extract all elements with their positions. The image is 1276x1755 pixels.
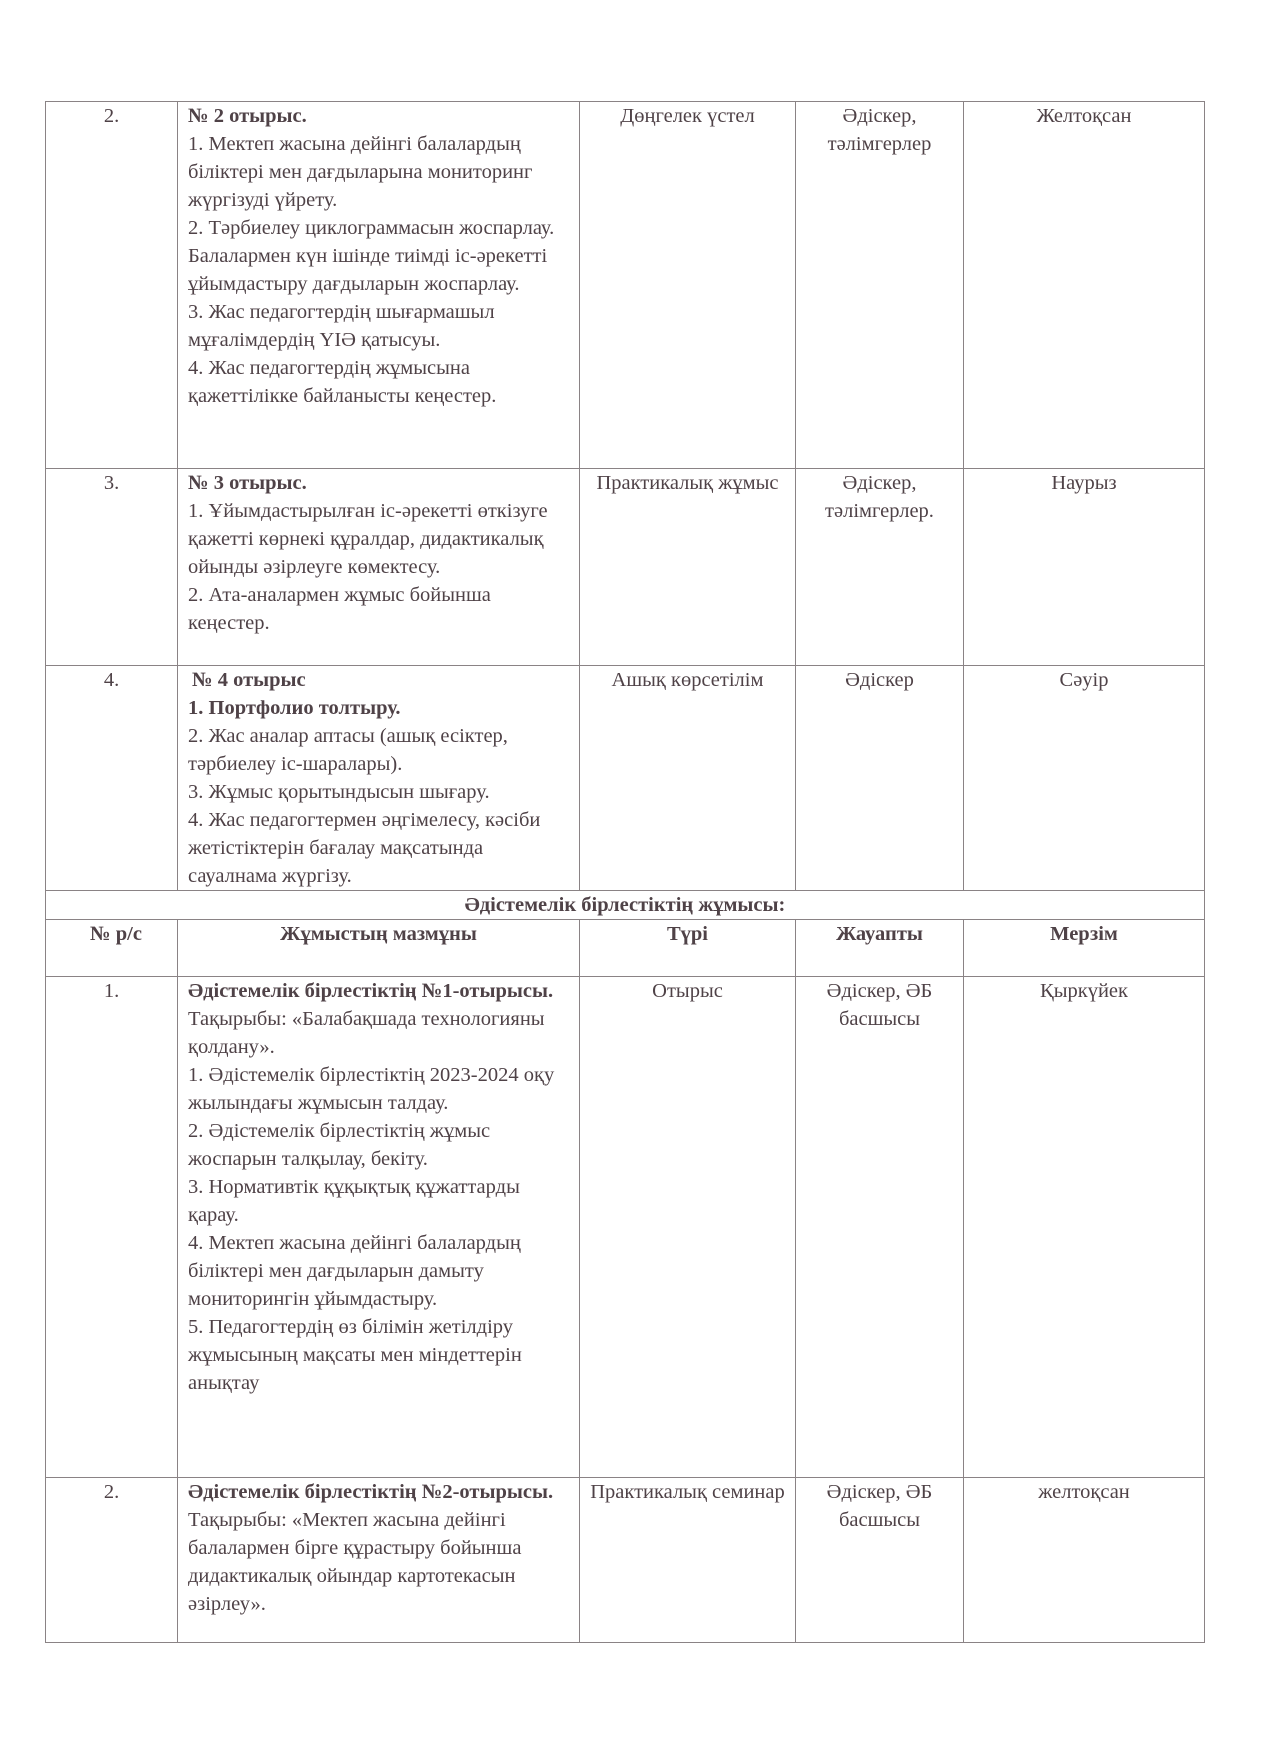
row-type: Дөңгелек үстел bbox=[580, 102, 796, 469]
row-content: Әдістемелік бірлестіктің №1-отырысы. Тақ… bbox=[178, 977, 580, 1478]
row-responsible: Әдіскер, тәлімгерлер bbox=[796, 102, 964, 469]
row-number: 3. bbox=[46, 469, 178, 666]
row-number: 2. bbox=[46, 102, 178, 469]
row-deadline: Наурыз bbox=[964, 469, 1205, 666]
table-row: 2. № 2 отырыс. 1. Мектеп жасына дейінгі … bbox=[46, 102, 1205, 469]
row-deadline: желтоқсан bbox=[964, 1478, 1205, 1643]
row-responsible: Әдіскер, тәлімгерлер. bbox=[796, 469, 964, 666]
row-number: 4. bbox=[46, 666, 178, 891]
content-item: 2. Жас аналар аптасы (ашық есіктер, тәрб… bbox=[188, 722, 573, 778]
content-item: 3. Нормативтік құқықтық құжаттарды қарау… bbox=[188, 1173, 573, 1229]
row-deadline: Желтоқсан bbox=[964, 102, 1205, 469]
meeting-topic: Тақырыбы: «Балабақшада технологияны қолд… bbox=[188, 1005, 573, 1061]
row-responsible: Әдіскер bbox=[796, 666, 964, 891]
table-row: 1. Әдістемелік бірлестіктің №1-отырысы. … bbox=[46, 977, 1205, 1478]
row-type: Ашық көрсетілім bbox=[580, 666, 796, 891]
row-responsible: Әдіскер, ӘБ басшысы bbox=[796, 977, 964, 1478]
meeting-title: Әдістемелік бірлестіктің №1-отырысы. bbox=[188, 977, 573, 1005]
row-deadline: Сәуір bbox=[964, 666, 1205, 891]
section-header-row: Әдістемелік бірлестіктің жұмысы: bbox=[46, 891, 1205, 920]
meeting-topic: Тақырыбы: «Мектеп жасына дейінгі балалар… bbox=[188, 1506, 573, 1618]
meeting-title: № 3 отырыс. bbox=[188, 469, 573, 497]
meeting-title: № 2 отырыс. bbox=[188, 102, 573, 130]
header-responsible: Жауапты bbox=[796, 920, 964, 977]
section-title: Әдістемелік бірлестіктің жұмысы: bbox=[46, 891, 1205, 920]
header-number: № р/с bbox=[46, 920, 178, 977]
work-plan-table: 2. № 2 отырыс. 1. Мектеп жасына дейінгі … bbox=[45, 101, 1205, 1643]
content-item: 3. Жас педагогтердің шығармашыл мұғалімд… bbox=[188, 298, 573, 354]
content-item: 3. Жұмыс қорытындысын шығару. bbox=[188, 778, 573, 806]
content-item: 4. Жас педагогтермен әңгімелесу, кәсіби … bbox=[188, 806, 573, 890]
content-item-bold: 1. Портфолио толтыру. bbox=[188, 694, 573, 722]
row-content: № 3 отырыс. 1. Ұйымдастырылған іс-әрекет… bbox=[178, 469, 580, 666]
row-type: Практикалық жұмыс bbox=[580, 469, 796, 666]
row-number: 1. bbox=[46, 977, 178, 1478]
row-content: Әдістемелік бірлестіктің №2-отырысы. Тақ… bbox=[178, 1478, 580, 1643]
content-item: 1. Ұйымдастырылған іс-әрекетті өткізуге … bbox=[188, 497, 573, 581]
row-number: 2. bbox=[46, 1478, 178, 1643]
content-item: 4. Мектеп жасына дейінгі балалардың білі… bbox=[188, 1229, 573, 1313]
content-item: 2. Тәрбиелеу циклограммасын жоспарлау. Б… bbox=[188, 214, 573, 298]
header-content: Жұмыстың мазмұны bbox=[178, 920, 580, 977]
content-item: 2. Әдістемелік бірлестіктің жұмыс жоспар… bbox=[188, 1117, 573, 1173]
row-responsible: Әдіскер, ӘБ басшысы bbox=[796, 1478, 964, 1643]
header-deadline: Мерзім bbox=[964, 920, 1205, 977]
header-type: Түрі bbox=[580, 920, 796, 977]
table-row: 4. № 4 отырыс 1. Портфолио толтыру. 2. Ж… bbox=[46, 666, 1205, 891]
content-item: 1. Мектеп жасына дейінгі балалардың білі… bbox=[188, 130, 573, 214]
table-row: 2. Әдістемелік бірлестіктің №2-отырысы. … bbox=[46, 1478, 1205, 1643]
row-content: № 4 отырыс 1. Портфолио толтыру. 2. Жас … bbox=[178, 666, 580, 891]
row-deadline: Қыркүйек bbox=[964, 977, 1205, 1478]
meeting-title: № 4 отырыс bbox=[188, 666, 573, 694]
meeting-title: Әдістемелік бірлестіктің №2-отырысы. bbox=[188, 1478, 573, 1506]
table-row: 3. № 3 отырыс. 1. Ұйымдастырылған іс-әре… bbox=[46, 469, 1205, 666]
content-item: 2. Ата-аналармен жұмыс бойынша кеңестер. bbox=[188, 581, 573, 637]
document-page: 2. № 2 отырыс. 1. Мектеп жасына дейінгі … bbox=[45, 101, 1204, 1643]
content-item: 1. Әдістемелік бірлестіктің 2023-2024 оқ… bbox=[188, 1061, 573, 1117]
row-content: № 2 отырыс. 1. Мектеп жасына дейінгі бал… bbox=[178, 102, 580, 469]
row-type: Практикалық семинар bbox=[580, 1478, 796, 1643]
row-type: Отырыс bbox=[580, 977, 796, 1478]
content-item: 5. Педагогтердің өз білімін жетілдіру жұ… bbox=[188, 1313, 573, 1397]
content-item: 4. Жас педагогтердің жұмысына қажеттілік… bbox=[188, 354, 573, 410]
column-header-row: № р/с Жұмыстың мазмұны Түрі Жауапты Мерз… bbox=[46, 920, 1205, 977]
